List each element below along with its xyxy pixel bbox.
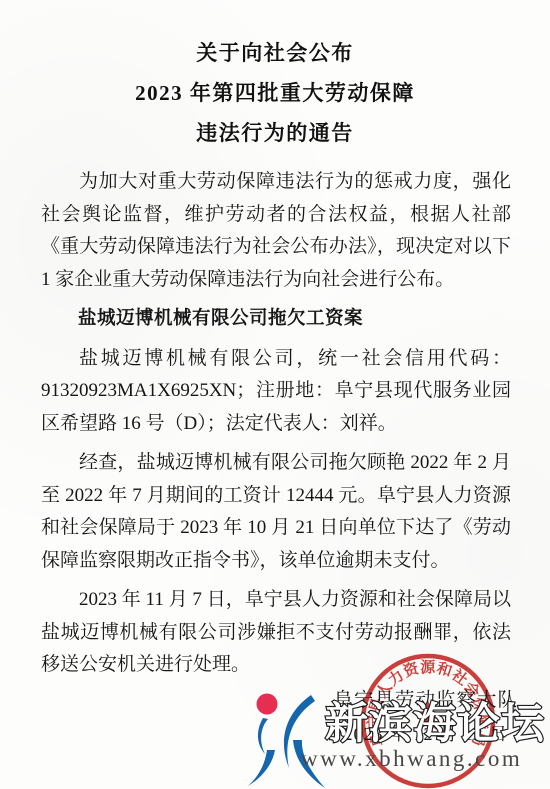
- paragraph-transfer: 2023 年 11 月 7 日，阜宁县人力资源和社会保障局以盐城迈博机械有限公司…: [41, 584, 511, 682]
- notice-body: 为加大对重大劳动保障违法行为的惩戒力度，强化社会舆论监督，维护劳动者的合法权益，…: [41, 166, 511, 689]
- title-line-2: 2023 年第四批重大劳动保障: [0, 73, 550, 113]
- paragraph-investigation: 经查，盐城迈博机械有限公司拖欠顾艳 2022 年 2 月至 2022 年 7 月…: [41, 447, 511, 577]
- title-line-1: 关于向社会公布: [0, 33, 550, 73]
- watermark: 新滨海论坛 www.xbhwang.com: [243, 686, 550, 789]
- notice-title: 关于向社会公布 2023 年第四批重大劳动保障 违法行为的通告: [0, 33, 550, 153]
- watermark-logo-icon: [248, 694, 325, 789]
- watermark-site-url: www.xbhwang.com: [301, 746, 522, 771]
- watermark-site-name: 新滨海论坛: [325, 699, 545, 749]
- paragraph-company-info: 盐城迈博机械有限公司，统一社会信用代码：91320923MA1X6925XN；注…: [41, 343, 511, 441]
- paragraph-intro: 为加大对重大劳动保障违法行为的惩戒力度，强化社会舆论监督，维护劳动者的合法权益，…: [41, 166, 511, 296]
- document-page: 关于向社会公布 2023 年第四批重大劳动保障 违法行为的通告 为加大对重大劳动…: [0, 0, 550, 789]
- logo-red-dot-icon: [257, 694, 278, 715]
- title-line-3: 违法行为的通告: [0, 113, 550, 153]
- case-heading: 盐城迈博机械有限公司拖欠工资案: [41, 303, 511, 336]
